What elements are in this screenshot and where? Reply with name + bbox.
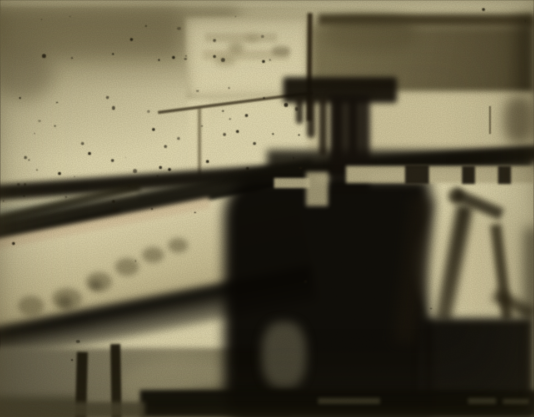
dust-speck [269,59,270,60]
dust-speck [112,200,115,203]
dust-speck [113,207,116,210]
dust-speck [112,53,114,55]
dust-speck [235,16,236,17]
dust-speck [262,60,265,63]
dust-speck [201,125,203,127]
dust-speck [529,156,531,158]
dust-speck [147,110,150,113]
dust-speck [177,137,181,141]
dust-speck [158,59,160,61]
dust-speck [24,156,27,159]
dust-speck [42,54,46,58]
dust-speck [111,159,114,162]
dust-speck [299,167,302,170]
dust-speck [24,183,26,185]
dust-speck [261,35,264,38]
dust-speck [164,145,167,148]
dust-speck [430,308,432,310]
dust-speck [263,97,265,99]
dust-speck [88,152,91,155]
dust-speck [12,242,15,245]
dust-speck [128,185,130,187]
dust-speck [145,25,147,27]
dust-speck [194,212,196,214]
dust-speck [157,175,158,176]
dust-speck [130,38,133,41]
dust-speck [74,176,76,178]
dust-speck [69,16,70,17]
dust-speck [482,8,485,11]
dust-speck [276,163,278,165]
dust-speck [214,178,215,179]
dust-speck [28,159,30,161]
dust-speck [135,260,137,262]
dust-speck [228,87,230,89]
dust-speck [228,172,229,173]
dust-speck [213,39,215,41]
photo-layers [0,0,534,417]
dust-speck [34,133,35,134]
dust-speck [168,168,171,171]
dust-speck [38,120,41,123]
dust-speck [23,195,25,197]
dust-speck [56,102,57,103]
dust-speck [222,110,224,112]
dust-speck [499,300,500,301]
dust-speck [185,55,187,57]
dust-speck [3,200,5,202]
dust-speck [293,157,295,159]
dust-speck [196,90,199,93]
dust-speck [41,19,42,20]
dust-speck [151,208,153,210]
dust-speck [133,169,137,173]
dust-speck [221,58,225,62]
dust-speck [71,57,73,59]
dust-speck [245,114,248,117]
dust-speck [298,134,300,136]
dust-speck [284,103,288,107]
dust-speck [159,166,162,169]
dust-speck [151,182,152,183]
dust-speck [19,97,21,99]
dust-speck [236,130,239,133]
dust-speck [81,142,84,145]
dust-speck [223,133,225,135]
dust-speck [106,96,109,99]
dust-specks [0,0,534,417]
dust-speck [246,167,249,170]
dust-speck [172,56,175,59]
vintage-photo [0,0,534,417]
dust-speck [17,183,21,187]
dust-speck [76,340,79,343]
dust-speck [184,58,187,61]
dust-speck [177,27,180,30]
dust-speck [54,125,56,127]
dust-speck [152,128,155,131]
dust-speck [36,169,39,172]
dust-speck [525,20,526,21]
dust-speck [58,172,61,175]
dust-speck [213,55,216,58]
dust-speck [125,157,126,158]
dust-speck [304,280,307,283]
dust-speck [112,106,115,109]
dust-speck [253,142,256,145]
dust-speck [295,107,298,110]
dust-speck [229,118,231,120]
dust-speck [65,196,66,197]
dust-speck [272,133,274,135]
dust-speck [71,359,73,361]
dust-speck [206,160,209,163]
